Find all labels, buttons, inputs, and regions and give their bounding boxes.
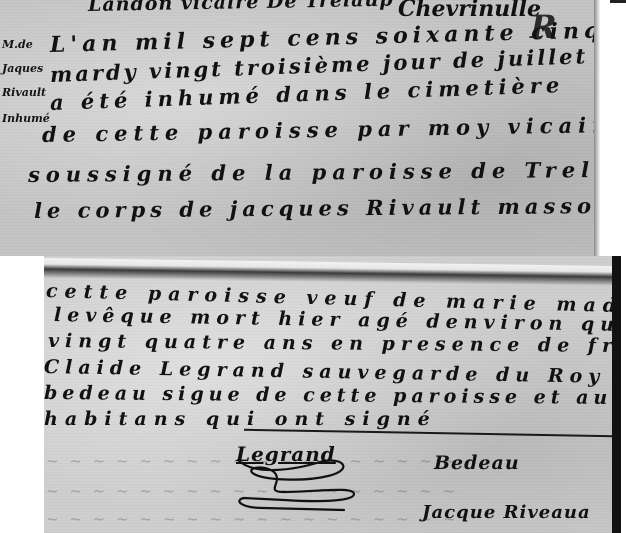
closing-rule (244, 429, 614, 437)
manuscript-line-12: habitans qui ont signé (44, 408, 437, 430)
manuscript-line-9: vingt quatre ans en presence de francois (48, 330, 614, 358)
signature-bedeau: Bedeau (434, 452, 520, 474)
manuscript-line-5: soussigné de la paroisse de Trelaup (28, 157, 610, 187)
register-fragment-bottom: cette paroisse veuf de marie madelaine l… (44, 256, 614, 533)
register-fragment-top: Landon vicaire De Trelaup Chevrinulle R … (0, 0, 610, 256)
manuscript-line-4: de cette paroisse par moy vicaire (42, 112, 610, 147)
margin-note-2: Jaques (2, 62, 43, 75)
signature-jacque-riveaua: Jacque Riveaua (422, 502, 591, 523)
margin-note-3: Rivault (2, 86, 46, 99)
scan-border-right (612, 256, 621, 533)
signature-flourish-icon (224, 456, 384, 512)
bleed-through-text-3: ~ ~ ~ ~ ~ ~ ~ ~ ~ ~ ~ ~ ~ ~ ~ ~ ~ ~ (46, 510, 458, 528)
header-line: Landon vicaire De Trelaup (88, 0, 394, 16)
scan-edge-shadow (594, 0, 610, 256)
margin-note-1: M.de (2, 38, 33, 51)
manuscript-line-11: bedeau sigue de cette paroisse et autres (44, 382, 614, 409)
manuscript-line-6: le corps de jacques Rivault masson de (34, 192, 610, 223)
